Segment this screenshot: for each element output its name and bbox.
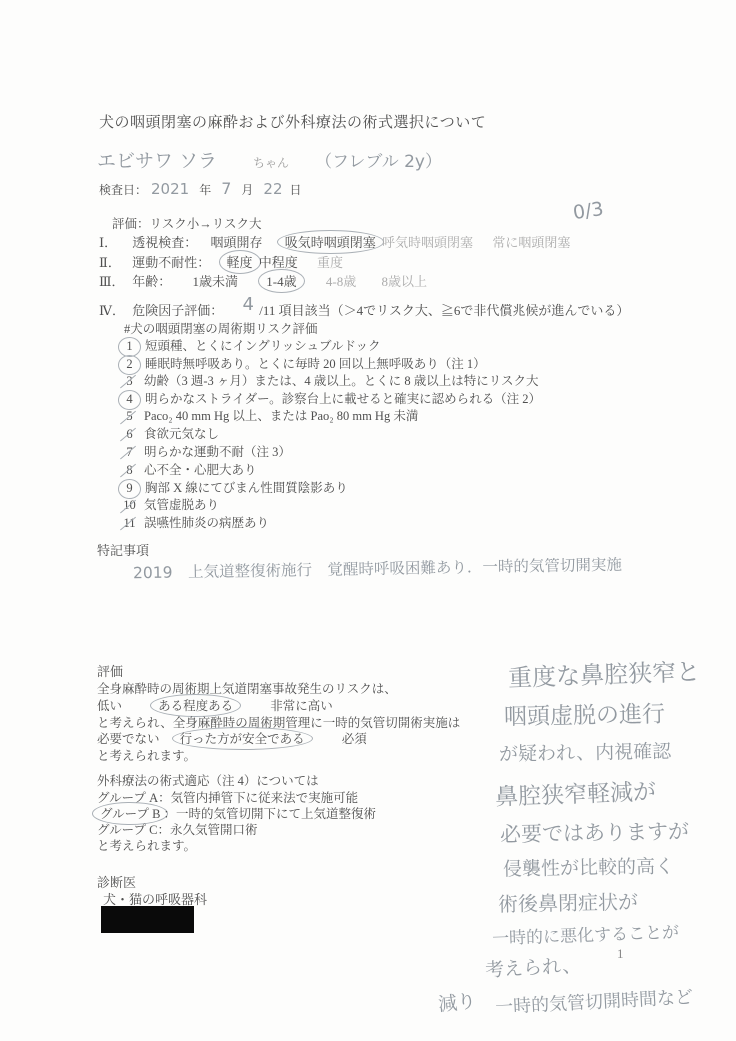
criterion-age: Ⅲ． 年齢： 1歳未満 1-4歳 4-8歳 8歳以上 (99, 271, 443, 291)
risk-item-3: 3幼齢（3 週-3 ヶ月）または、4 歳以上。とくに 8 歳以上は特にリスク大 (122, 373, 541, 391)
margin-note-line-6: 侵襲性が比較的高く (503, 852, 674, 882)
risk-item-6: 6食欲元気なし (122, 426, 541, 444)
risk-item-text: 胸部 X 線にてびまん性間質陰影あり (145, 481, 348, 495)
margin-note-line-9: 考えられ、 (484, 951, 581, 983)
exam-date-day-unit: 日 (290, 183, 302, 197)
option-moderate: 中程度 (259, 255, 298, 270)
option-constant-obstruction: 常に咽頭閉塞 (492, 235, 570, 250)
risk-item-number-crossed: 7 (122, 444, 137, 462)
group-c-rest: ：永久気管開口術 (157, 823, 257, 837)
margin-note-line-7: 術後鼻閉症状が (498, 886, 638, 917)
risk-item-text: 食欲元気なし (144, 427, 219, 441)
option-risk-very-high: 非常に高い (270, 699, 333, 713)
option-risk-low: 低い (97, 699, 122, 713)
surgery-header: 外科療法の術式適応（注 4）については (97, 771, 319, 789)
risk-item-5: 5Paco₂ 40 mm Hg 以上、または Pao₂ 80 mm Hg 未満 (122, 408, 541, 426)
assessment-header: 評価 (97, 661, 123, 680)
patient-honorific: ちゃん (253, 156, 289, 170)
patient-name-handwritten: エビサワ ソラ (97, 150, 217, 172)
margin-note-line-5: 必要ではありますが (500, 815, 689, 848)
risk-item-number-circled: 1 (118, 337, 141, 357)
risk-item-7: 7明らかな運動不耐（注 3） (122, 444, 541, 462)
margin-note-line-8: 一時的に悪化することが (492, 918, 680, 950)
patient-line: エビサワ ソラ ちゃん （フレブル 2y） (97, 146, 442, 173)
risk-item-number-crossed: 11 (122, 515, 137, 533)
criterion-label: 運動不耐性： (132, 255, 210, 270)
margin-note-line-1: 重度な鼻腔狭窄と (507, 652, 700, 694)
risk-item-4: 4明らかなストライダー。診察台上に載せると確実に認められる（注 2） (122, 390, 541, 408)
assessment-line3: と考えられます。 (97, 746, 196, 764)
risk-item-text: 気管虚脱あり (144, 498, 219, 512)
risk-item-number-crossed: 10 (122, 497, 137, 515)
group-b-rest: ：一時的気管切開下にて上気道整復術 (163, 807, 376, 821)
risk-header-rest: /11 項目該当（＞4でリスク大、≧6で非代償兆候が進んでいる） (259, 303, 629, 318)
risk-scale-label: 評価：リスク小→リスク大 (112, 214, 262, 232)
criterion-numeral: Ⅰ． (99, 232, 129, 251)
risk-item-2: 2睡眠時無呼吸あり。とくに毎時 20 回以上無呼吸あり（注 1） (122, 355, 541, 373)
criterion-exercise-intolerance: Ⅱ． 運動不耐性： 軽度 中程度 重度 (99, 252, 359, 272)
exam-date-year-unit: 年 (199, 183, 211, 197)
criterion-numeral: Ⅱ． (99, 252, 129, 271)
risk-item-text: 幼齢（3 週-3 ヶ月）または、4 歳以上。とくに 8 歳以上は特にリスク大 (144, 374, 539, 388)
option-not-needed: 必要でない (97, 732, 160, 746)
risk-item-text: 睡眠時無呼吸あり。とくに毎時 20 回以上無呼吸あり（注 1） (145, 357, 486, 371)
patient-breed-handwritten: （フレブル 2y） (315, 152, 442, 172)
scanned-document-page: 犬の咽頭閉塞の麻酔および外科療法の術式選択について エビサワ ソラ ちゃん （フ… (0, 0, 736, 1041)
risk-item-10: 10気管虚脱あり (122, 497, 541, 515)
surgery-footer: と考えられます。 (97, 836, 196, 854)
criterion-numeral: Ⅲ． (99, 271, 129, 290)
margin-note-bottom-left: 減り (437, 986, 478, 1017)
exam-date-year-handwritten: 2021 (151, 180, 189, 198)
option-inspiratory-obstruction-circled: 吸気時咽頭閉塞 (277, 230, 384, 254)
risk-score-handwritten: 4 (243, 294, 254, 315)
score-mark-handwritten: 0/3 (572, 198, 605, 224)
criterion-label: 透視検査： (132, 235, 197, 250)
option-under-1yr: 1歳未満 (193, 274, 239, 289)
criterion-label: 危険因子評価： (132, 303, 223, 318)
risk-item-11: 11誤嚥性肺炎の病歴あり (122, 515, 541, 533)
option-severe: 重度 (317, 255, 343, 270)
risk-item-number-crossed: 8 (122, 462, 137, 480)
redacted-signature (101, 906, 194, 933)
option-expiratory-obstruction: 呼気時咽頭閉塞 (382, 235, 473, 250)
criterion-numeral: Ⅳ． (99, 300, 129, 319)
risk-item-list: 1短頭種、とくにイングリッシュブルドック 2睡眠時無呼吸あり。とくに毎時 20 … (122, 337, 541, 533)
exam-date-label: 検査日： (99, 183, 147, 197)
risk-factor-header: Ⅳ． 危険因子評価： 4 /11 項目該当（＞4でリスク大、≧6で非代償兆候が進… (99, 299, 629, 320)
risk-item-number-crossed: 6 (122, 426, 137, 444)
document-title: 犬の咽頭閉塞の麻酔および外科療法の術式選択について (99, 111, 486, 132)
risk-item-8: 8心不全・心肥大あり (122, 462, 541, 480)
page-number: 1 (617, 946, 624, 962)
risk-item-text: 心不全・心肥大あり (144, 463, 257, 477)
margin-note-line-3: が疑われ、内視確認 (499, 736, 672, 766)
risk-item-text: 明らかな運動不耐（注 3） (144, 445, 291, 459)
exam-date-line: 検査日： 2021 年 7 月 22 日 (99, 179, 302, 199)
option-4-8yr: 4-8歳 (326, 274, 356, 289)
risk-item-9: 9胸部 X 線にてびまん性間質陰影あり (122, 479, 541, 497)
risk-item-number-crossed: 5 (122, 408, 137, 426)
risk-subheader: #犬の咽頭閉塞の周術期リスク評価 (124, 319, 318, 337)
margin-note-line-2: 咽頭虚脱の進行 (504, 696, 666, 732)
risk-item-1: 1短頭種、とくにイングリッシュブルドック (122, 337, 541, 355)
exam-date-month-handwritten: 7 (221, 179, 231, 198)
special-notes-handwritten: 2019 上気道整復術施行 覚醒時呼吸困難あり．一時的気管切開実施 (133, 553, 622, 584)
risk-item-text: 短頭種、とくにイングリッシュブルドック (145, 339, 381, 353)
option-1-4yr-circled: 1-4歳 (258, 269, 304, 293)
criterion-label: 年齢： (132, 274, 171, 289)
group-c-prefix: グループ C (97, 823, 157, 837)
special-notes-header: 特記事項 (97, 540, 149, 559)
margin-note-line-10: 一時的気管切開時間など (494, 983, 693, 1019)
group-a-rest: ：気管内挿管下に従来法で実施可能 (158, 791, 358, 805)
exam-date-day-handwritten: 22 (263, 180, 282, 198)
margin-note-line-4: 鼻腔狭窄軽減が (494, 773, 656, 812)
assessment-line1: 全身麻酔時の周術期上気道閉塞事故発生のリスクは、 (97, 679, 397, 697)
exam-date-month-unit: 月 (241, 183, 253, 197)
risk-item-text: Paco₂ 40 mm Hg 以上、または Pao₂ 80 mm Hg 未満 (144, 409, 418, 423)
risk-item-number-crossed: 3 (122, 373, 137, 391)
risk-item-text: 明らかなストライダー。診察台上に載せると確実に認められる（注 2） (145, 392, 541, 406)
criterion-fluoroscopy: Ⅰ． 透視検査： 咽頭開存 吸気時咽頭閉塞 呼気時咽頭閉塞 常に咽頭閉塞 (99, 232, 586, 252)
option-mandatory: 必須 (342, 732, 367, 746)
risk-item-text: 誤嚥性肺炎の病歴あり (144, 516, 269, 530)
option-over-8yr: 8歳以上 (381, 274, 427, 289)
option-patent-pharynx: 咽頭開存 (211, 235, 263, 250)
